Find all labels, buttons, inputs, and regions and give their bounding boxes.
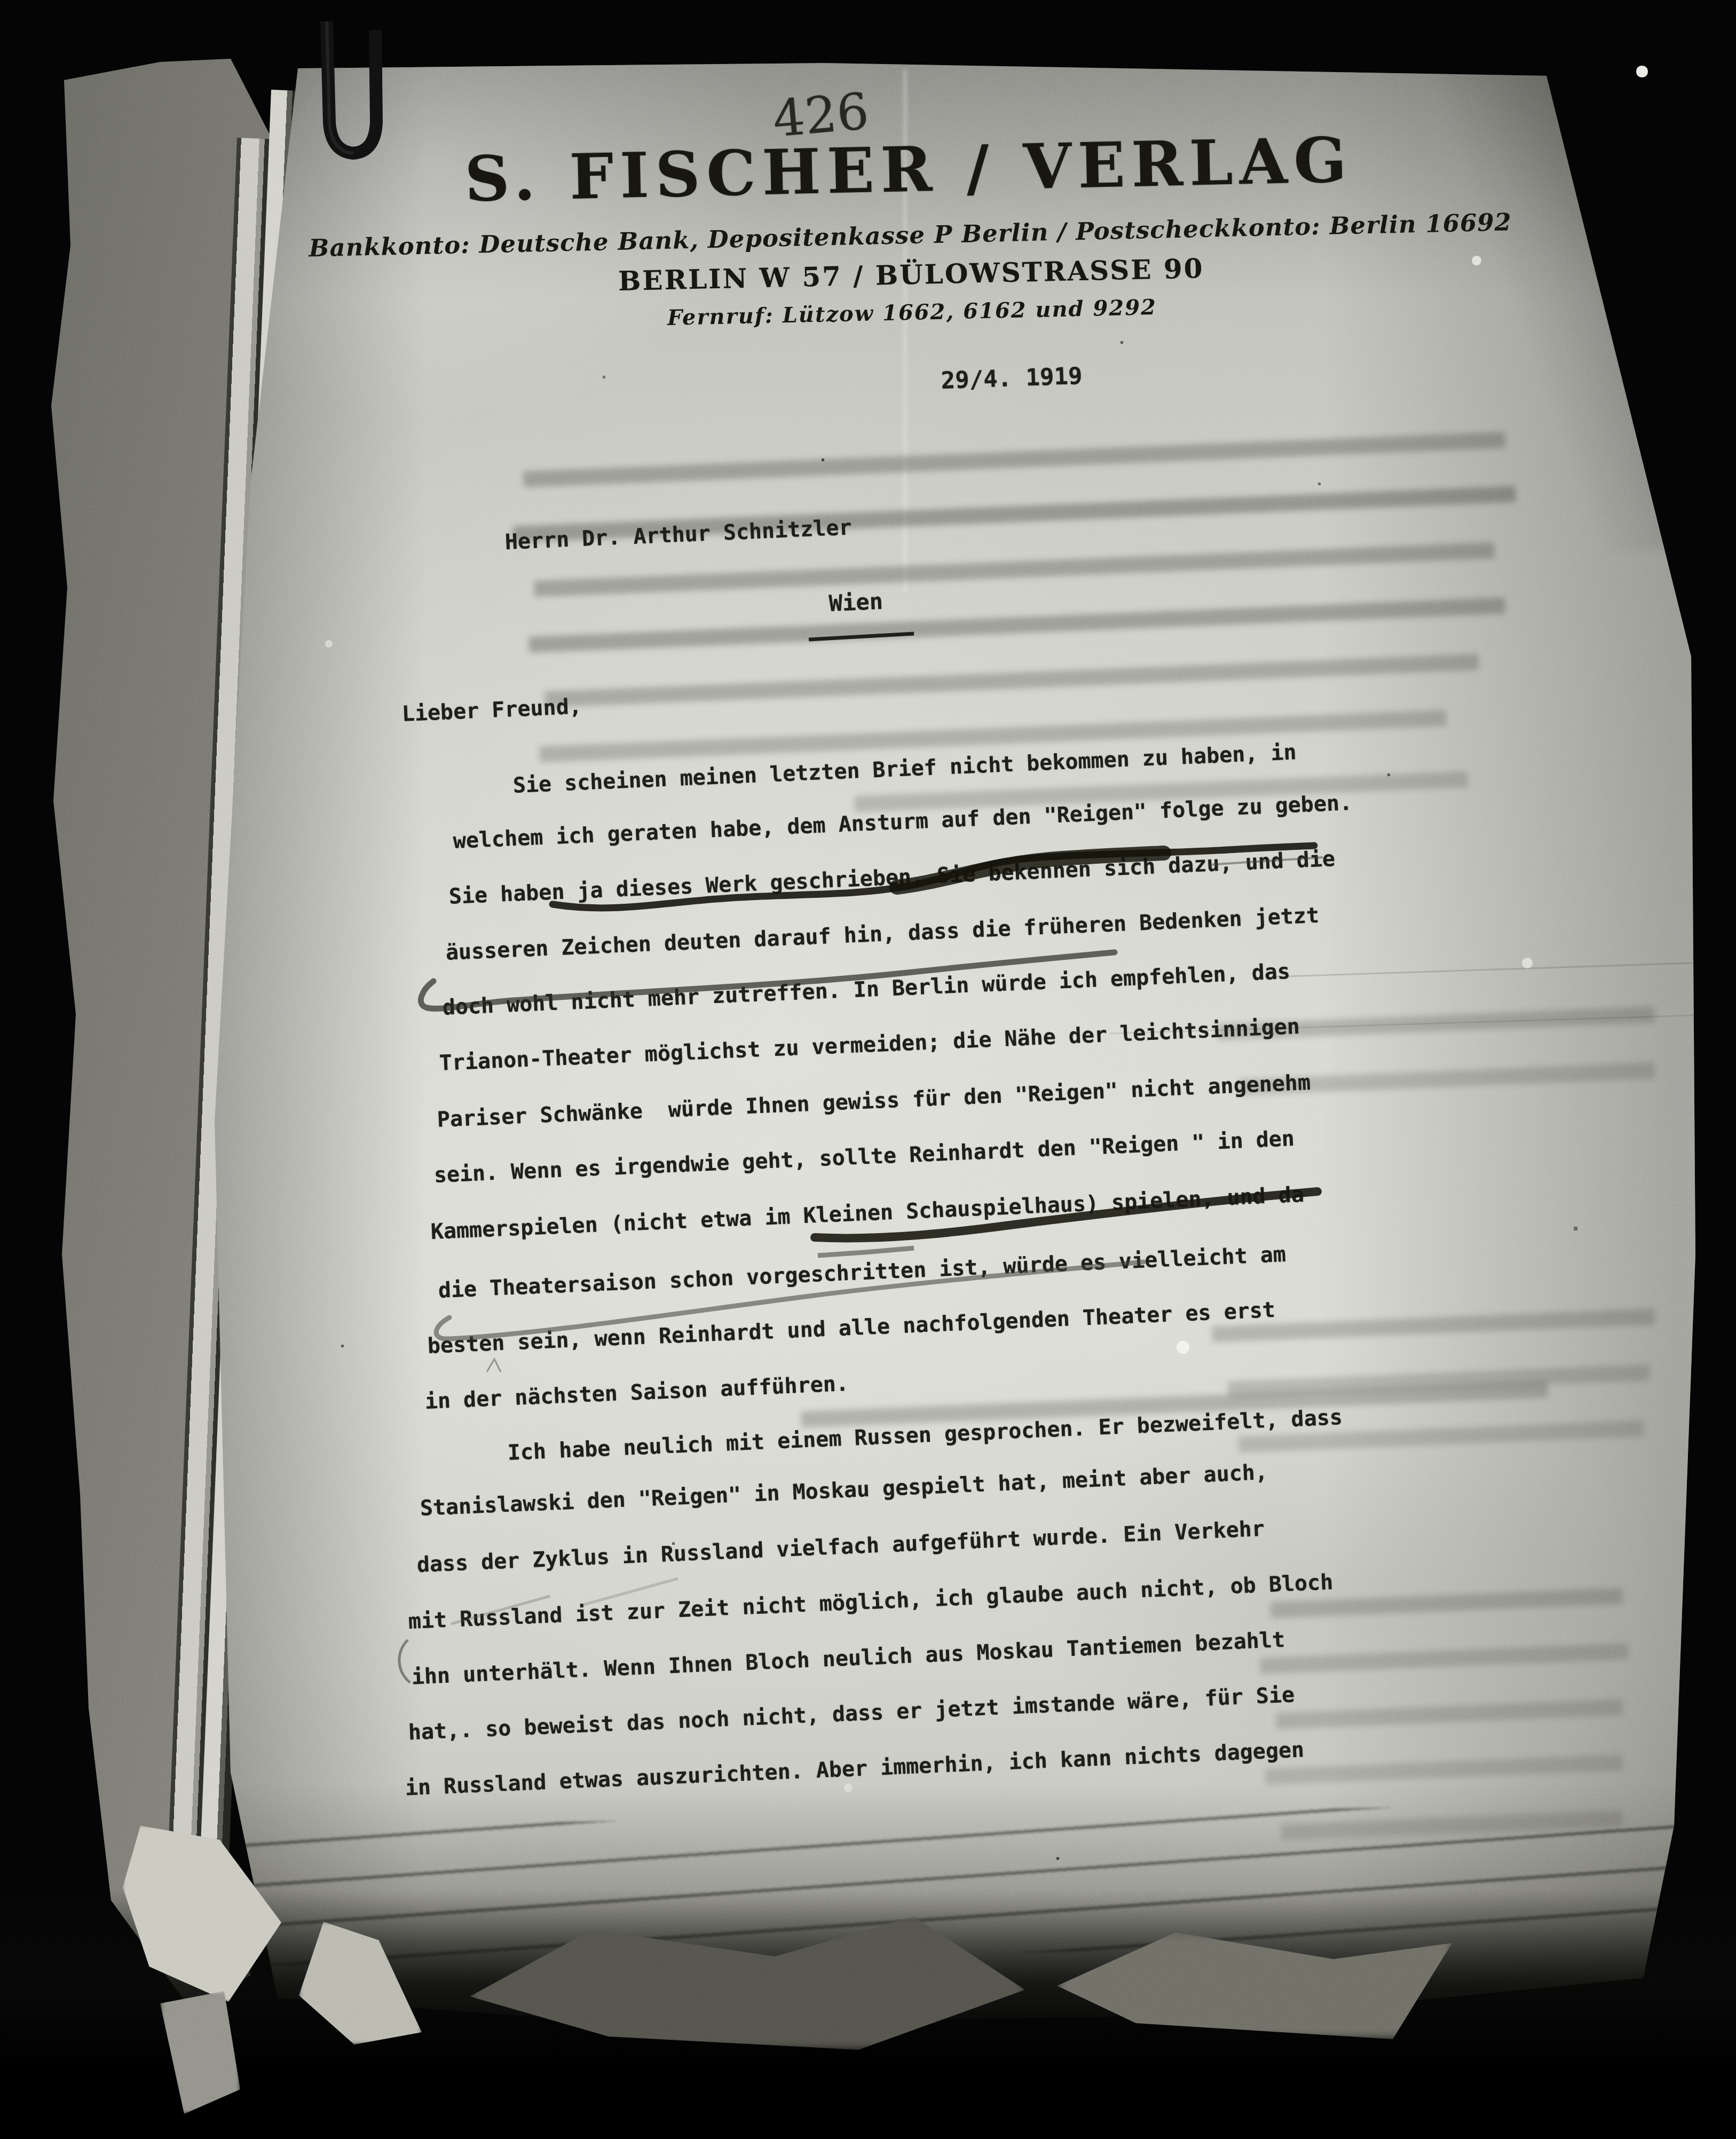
body-line: Stanislawski den "Reigen" in Moskau gesp… (420, 1462, 1268, 1519)
bleedthrough-line (1260, 1643, 1629, 1674)
body-line: doch wohl nicht mehr zutreffen. In Berli… (442, 961, 1291, 1019)
body-line: die Theatersaison schon vorgeschritten i… (438, 1244, 1287, 1301)
recipient-name: Herrn Dr. Arthur Schnitzler (504, 517, 852, 553)
body-line: welchem ich geraten habe, dem Ansturm au… (453, 792, 1353, 852)
crease (1271, 963, 1692, 977)
body-line: Sie scheinen meinen letzten Brief nicht … (512, 741, 1297, 796)
crumpled-paper-zone (0, 1890, 1736, 2139)
body-line: ihn unterhält. Wenn Ihnen Bloch neulich … (411, 1629, 1285, 1688)
body-line: besten sein, wenn Reinhardt und alle nac… (427, 1299, 1276, 1357)
body-line: Kammerspielen (nicht etwa im Kleinen Sch… (430, 1184, 1305, 1243)
salutation: Lieber Freund, (401, 696, 582, 725)
bleedthrough-line (1212, 1308, 1655, 1342)
body-line: hat,. so beweist das noch nicht, dass er… (408, 1684, 1295, 1743)
bleedthrough-line (1228, 1364, 1650, 1398)
wien-underline (809, 634, 914, 640)
bleedthrough-line (523, 432, 1505, 487)
bleedthrough-line (528, 597, 1505, 652)
body-line: Sie haben ja dieses Werk geschrieben, Si… (448, 848, 1336, 907)
dust-specks (0, 0, 2, 2)
letterhead: S. FISCHER / VERLAG Bankkonto: Deutsche … (286, 124, 1534, 339)
recipient-city: Wien (828, 590, 883, 615)
photographed-letter-scan: 426 S. FISCHER / VERLAG Bankkonto: Deuts… (0, 0, 1736, 2139)
bleedthrough-line (1265, 1755, 1623, 1785)
body-line: äusseren Zeichen deuten darauf hin, dass… (445, 905, 1320, 964)
margin-paren-mark (399, 1640, 410, 1683)
bleedthrough-line (545, 654, 1479, 707)
body-line: Trianon-Theater möglichst zu vermeiden; … (439, 1016, 1300, 1074)
body-line: Pariser Schwänke würde Ihnen gewiss für … (437, 1072, 1311, 1131)
body-line: mit Russland ist zur Zeit nicht möglich,… (408, 1572, 1333, 1632)
caret-mark (487, 1359, 501, 1372)
body-line: in der nächsten Saison aufführen. (424, 1373, 849, 1412)
bleedthrough-line (534, 542, 1495, 597)
body-line: sein. Wenn es irgendwie geht, sollte Rei… (433, 1128, 1295, 1186)
date-line: 29/4. 1919 (941, 365, 1083, 393)
body-line: dass der Zyklus in Russland vielfach auf… (416, 1518, 1265, 1576)
body-line: Ich habe neulich mit einem Russen gespro… (507, 1407, 1343, 1464)
publisher-name: S. FISCHER / VERLAG (286, 124, 1531, 217)
bleedthrough-line (1276, 1699, 1623, 1729)
